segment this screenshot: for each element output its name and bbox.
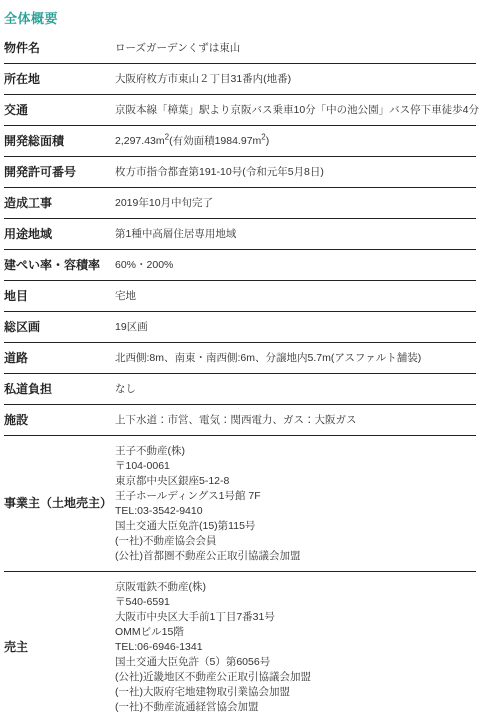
value-line: 第1種中高層住居専用地域 bbox=[115, 227, 476, 242]
value-line: (公社)首都圏不動産公正取引協議会加盟 bbox=[115, 549, 476, 564]
table-row: 事業主（土地売主）王子不動産(株)〒104-0061東京都中央区銀座5-12-8… bbox=[4, 436, 476, 572]
table-row: 施設上下水道：市営、電気：関西電力、ガス：大阪ガス bbox=[4, 405, 476, 436]
value-line: 京阪本線「樟葉」駅より京阪バス乗車10分「中の池公園」バス停下車徒歩4分 bbox=[115, 103, 476, 118]
table-row: 交通京阪本線「樟葉」駅より京阪バス乗車10分「中の池公園」バス停下車徒歩4分 bbox=[4, 95, 476, 126]
row-label: 用途地域 bbox=[4, 227, 115, 242]
table-row: 開発許可番号枚方市指令都査第191-10号(令和元年5月8日) bbox=[4, 157, 476, 188]
value-line: 国土交通大臣免許（5）第6056号 bbox=[115, 655, 476, 670]
row-label: 造成工事 bbox=[4, 196, 115, 211]
value-line: (一社)不動産流通経営協会加盟 bbox=[115, 700, 476, 715]
row-label: 売主 bbox=[4, 640, 115, 655]
row-label: 開発総面積 bbox=[4, 134, 115, 149]
value-line: TEL:06-6946-1341 bbox=[115, 640, 476, 655]
table-row: 道路北西側:8m、南東・南西側:6m、分譲地内5.7m(アスファルト舗装) bbox=[4, 343, 476, 374]
value-line: (一社)不動産協会会員 bbox=[115, 534, 476, 549]
row-value: 王子不動産(株)〒104-0061東京都中央区銀座5-12-8王子ホールディング… bbox=[115, 444, 476, 564]
table-row: 地目宅地 bbox=[4, 281, 476, 312]
row-label: 所在地 bbox=[4, 72, 115, 87]
value-line: 上下水道：市営、電気：関西電力、ガス：大阪ガス bbox=[115, 413, 476, 428]
row-label: 開発許可番号 bbox=[4, 165, 115, 180]
row-value: 19区画 bbox=[115, 320, 476, 335]
row-value: 北西側:8m、南東・南西側:6m、分譲地内5.7m(アスファルト舗装) bbox=[115, 351, 476, 366]
row-value: 大阪府枚方市東山２丁目31番内(地番) bbox=[115, 72, 476, 87]
value-line: ローズガーデンくずは東山 bbox=[115, 41, 476, 56]
value-line: 〒540-6591 bbox=[115, 595, 476, 610]
table-row: 総区画19区画 bbox=[4, 312, 476, 343]
table-row: 開発総面積2,297.43m2(有効面積1984.97m2) bbox=[4, 126, 476, 157]
row-label: 施設 bbox=[4, 413, 115, 428]
table-row: 建ぺい率・容積率60%・200% bbox=[4, 250, 476, 281]
row-value: 上下水道：市営、電気：関西電力、ガス：大阪ガス bbox=[115, 413, 476, 428]
row-value: ローズガーデンくずは東山 bbox=[115, 41, 476, 56]
value-line: 2019年10月中旬完了 bbox=[115, 196, 476, 211]
value-line: 大阪府枚方市東山２丁目31番内(地番) bbox=[115, 72, 476, 87]
value-line: 宅地 bbox=[115, 289, 476, 304]
row-value: 60%・200% bbox=[115, 258, 476, 273]
row-label: 建ぺい率・容積率 bbox=[4, 258, 115, 273]
value-line: (一社)大阪府宅地建物取引業協会加盟 bbox=[115, 685, 476, 700]
property-overview-section: 全体概要 物件名ローズガーデンくずは東山所在地大阪府枚方市東山２丁目31番内(地… bbox=[0, 0, 480, 721]
value-line: 東京都中央区銀座5-12-8 bbox=[115, 474, 476, 489]
value-line: OMMビル15階 bbox=[115, 625, 476, 640]
value-line: 国土交通大臣免許(15)第115号 bbox=[115, 519, 476, 534]
section-title: 全体概要 bbox=[4, 8, 476, 27]
table-row: 物件名ローズガーデンくずは東山 bbox=[4, 33, 476, 64]
table-row: 造成工事2019年10月中旬完了 bbox=[4, 188, 476, 219]
value-line: 北西側:8m、南東・南西側:6m、分譲地内5.7m(アスファルト舗装) bbox=[115, 351, 476, 366]
row-value: 2,297.43m2(有効面積1984.97m2) bbox=[115, 134, 476, 149]
row-value: 枚方市指令都査第191-10号(令和元年5月8日) bbox=[115, 165, 476, 180]
row-label: 事業主（土地売主） bbox=[4, 496, 115, 511]
value-line: 枚方市指令都査第191-10号(令和元年5月8日) bbox=[115, 165, 476, 180]
row-label: 道路 bbox=[4, 351, 115, 366]
value-line: 2,297.43m2(有効面積1984.97m2) bbox=[115, 134, 476, 149]
value-line: 王子不動産(株) bbox=[115, 444, 476, 459]
row-label: 私道負担 bbox=[4, 382, 115, 397]
overview-table: 物件名ローズガーデンくずは東山所在地大阪府枚方市東山２丁目31番内(地番)交通京… bbox=[4, 33, 476, 721]
row-value: 第1種中高層住居専用地域 bbox=[115, 227, 476, 242]
table-row: 所在地大阪府枚方市東山２丁目31番内(地番) bbox=[4, 64, 476, 95]
value-line: 京阪電鉄不動産(株) bbox=[115, 580, 476, 595]
table-row: 私道負担なし bbox=[4, 374, 476, 405]
row-label: 物件名 bbox=[4, 41, 115, 56]
value-line: 王子ホールディングス1号館 7F bbox=[115, 489, 476, 504]
value-line: 60%・200% bbox=[115, 258, 476, 273]
row-label: 地目 bbox=[4, 289, 115, 304]
row-value: 2019年10月中旬完了 bbox=[115, 196, 476, 211]
value-line: TEL:03-3542-9410 bbox=[115, 504, 476, 519]
table-row: 用途地域第1種中高層住居専用地域 bbox=[4, 219, 476, 250]
value-line: (公社)近畿地区不動産公正取引協議会加盟 bbox=[115, 670, 476, 685]
row-value: 京阪電鉄不動産(株)〒540-6591大阪市中央区大手前1丁目7番31号OMMビ… bbox=[115, 580, 476, 715]
row-value: なし bbox=[115, 382, 476, 397]
row-value: 宅地 bbox=[115, 289, 476, 304]
value-line: 19区画 bbox=[115, 320, 476, 335]
value-line: 〒104-0061 bbox=[115, 459, 476, 474]
value-line: 大阪市中央区大手前1丁目7番31号 bbox=[115, 610, 476, 625]
table-row: 売主京阪電鉄不動産(株)〒540-6591大阪市中央区大手前1丁目7番31号OM… bbox=[4, 572, 476, 721]
value-line: なし bbox=[115, 382, 476, 397]
row-label: 総区画 bbox=[4, 320, 115, 335]
row-value: 京阪本線「樟葉」駅より京阪バス乗車10分「中の池公園」バス停下車徒歩4分 bbox=[115, 103, 476, 118]
row-label: 交通 bbox=[4, 103, 115, 118]
